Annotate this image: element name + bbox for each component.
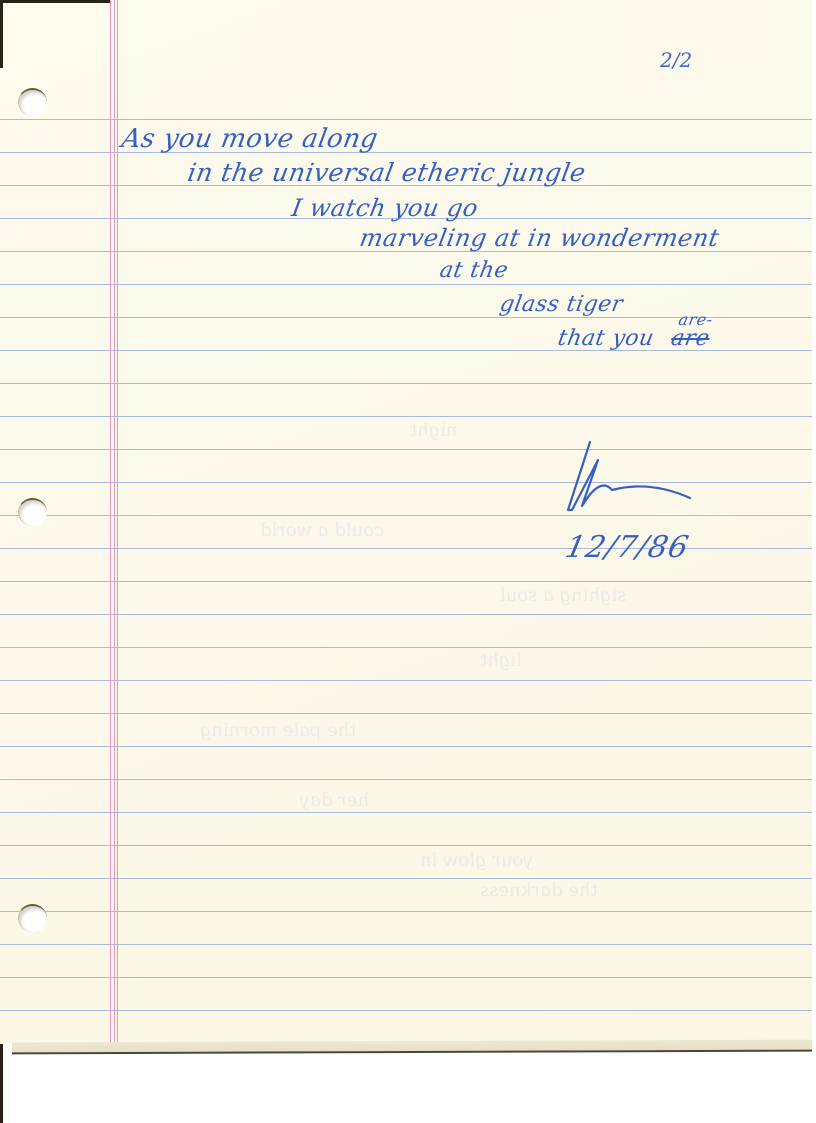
page-number: 2/2: [660, 48, 692, 72]
correction: are are-: [669, 326, 712, 351]
poem-line-4: marveling at in wonderment: [358, 224, 722, 252]
bleed-through-text: could a world: [259, 520, 386, 541]
bleed-through-text: your glow in: [419, 850, 535, 871]
binder-hole: [18, 88, 47, 116]
margin-line: [114, 0, 115, 1043]
poem-line-5: at the: [438, 258, 510, 283]
ruled-line: [0, 746, 812, 747]
poem-line-2: in the universal etheric jungle: [185, 158, 588, 187]
margin-line: [110, 0, 111, 1043]
bleed-through-text: night: [409, 420, 460, 441]
binder-hole: [18, 904, 47, 932]
bleed-through-text: her day: [299, 790, 371, 811]
bleed-through-text: light: [479, 650, 524, 671]
ruled-line: [0, 1010, 812, 1011]
paper-bottom-edge: [12, 1040, 812, 1055]
ruled-line: [0, 845, 812, 846]
ruled-line: [0, 383, 812, 384]
signature-mark: [560, 440, 700, 520]
struck-word: are: [669, 326, 712, 351]
ruled-line: [0, 284, 812, 285]
poem-line-7: that you are are-: [556, 326, 712, 351]
ruled-line: [0, 911, 812, 912]
ruled-line: [0, 878, 812, 879]
notebook-paper: night could a world sighing a soul light…: [0, 0, 812, 1043]
scan-shadow: [0, 0, 3, 68]
ruled-line: [0, 416, 812, 417]
ruled-line: [0, 581, 812, 582]
poem-line-6: glass tiger: [498, 292, 625, 317]
scan-shadow: [0, 1044, 3, 1123]
ruled-line: [0, 713, 812, 714]
inserted-word: are-: [677, 310, 714, 329]
ruled-line: [0, 647, 812, 648]
scanned-page: night could a world sighing a soul light…: [0, 0, 816, 1123]
ruled-line: [0, 977, 812, 978]
ruled-line: [0, 119, 812, 120]
bleed-through-text: the pale morning: [199, 720, 359, 741]
signature-date: 12/7/86: [562, 530, 692, 565]
poem-line-1: As you move along: [119, 124, 380, 154]
scan-shadow: [0, 0, 110, 3]
ruled-line: [0, 812, 812, 813]
ruled-line: [0, 944, 812, 945]
poem-line-7-text: that you: [556, 326, 656, 351]
binder-hole: [18, 498, 47, 526]
ruled-line: [0, 548, 812, 549]
margin-line: [117, 0, 118, 1043]
ruled-line: [0, 779, 812, 780]
ruled-line: [0, 680, 812, 681]
bleed-through-text: sighing a soul: [499, 585, 629, 606]
poem-line-3: I watch you go: [290, 194, 481, 222]
bleed-through-text: the darkness: [479, 880, 600, 901]
ruled-line: [0, 614, 812, 615]
